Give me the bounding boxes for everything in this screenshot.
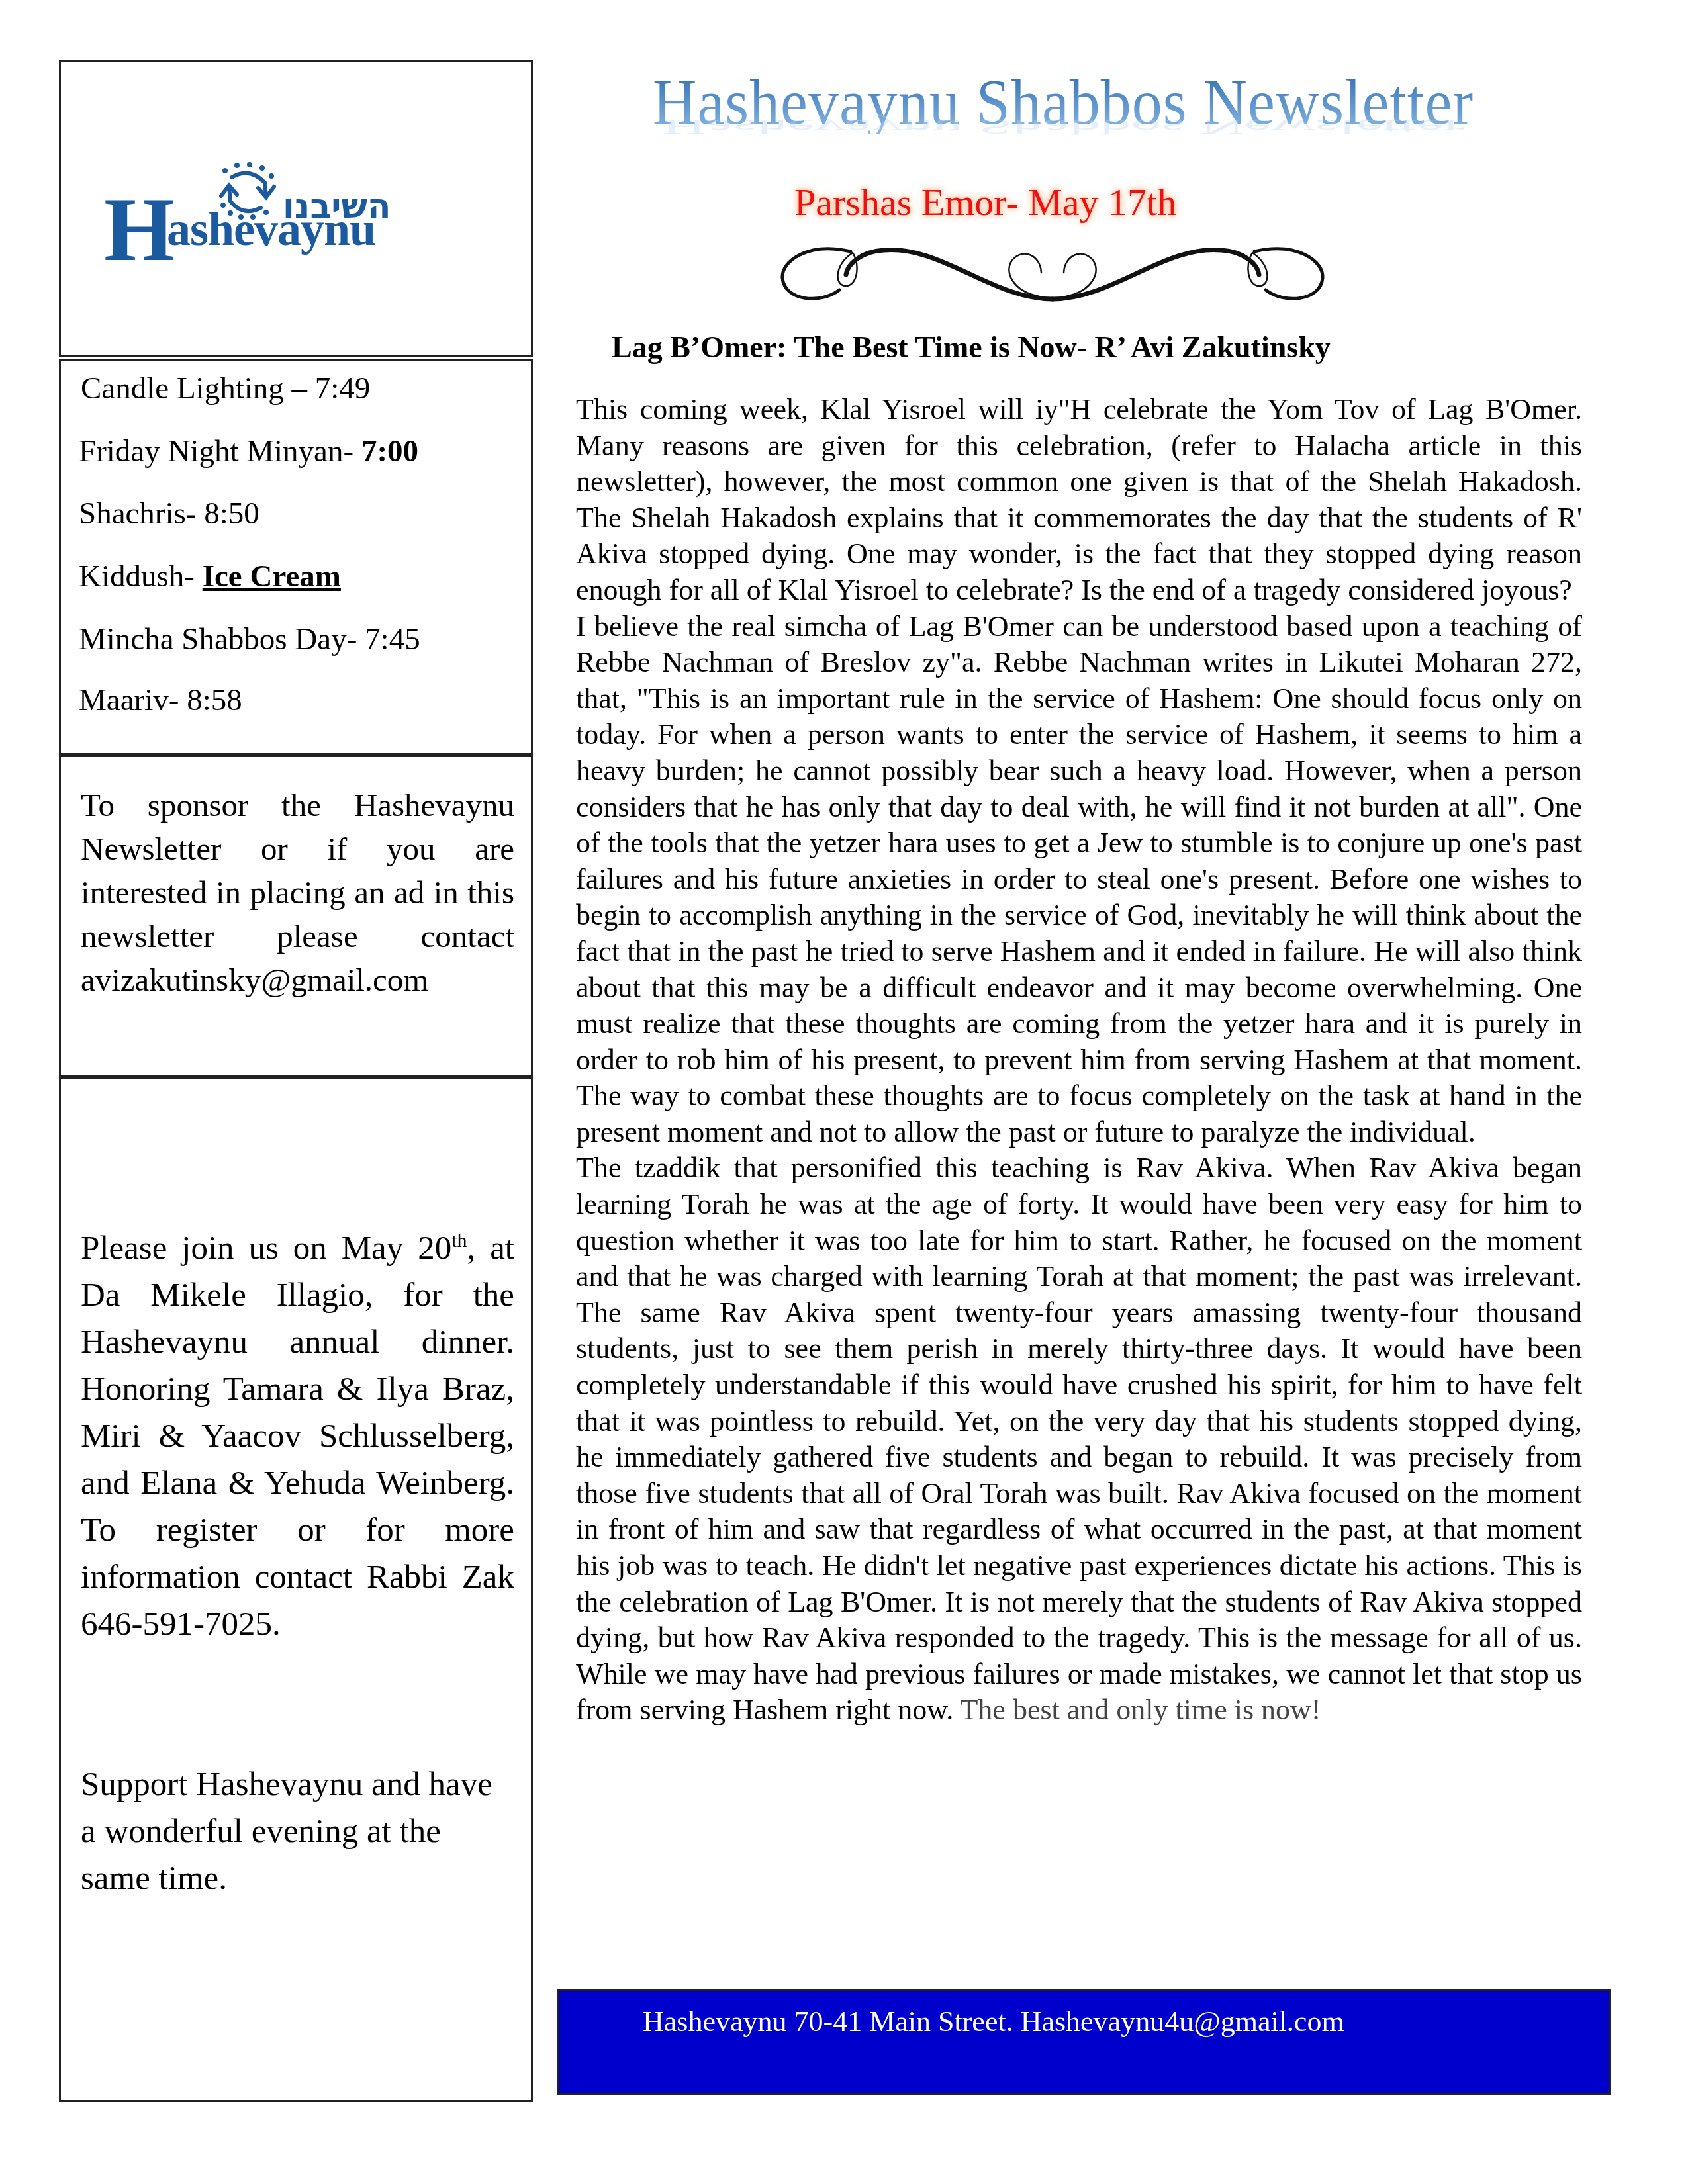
dinner-text: Please join us on May 20th, at Da Mikele… bbox=[81, 1225, 514, 1648]
schedule-candle-lighting: Candle Lighting – 7:49 bbox=[81, 372, 370, 406]
logo-english-text: ashevaynu bbox=[167, 205, 375, 253]
article-paragraph: I believe the real simcha of Lag B'Omer … bbox=[576, 609, 1582, 1151]
article-closing: The best and only time is now! bbox=[953, 1694, 1321, 1726]
article-paragraph: This coming week, Klal Yisroel will iy"H… bbox=[576, 392, 1582, 609]
schedule-box: Candle Lighting – 7:49 Friday Night Miny… bbox=[59, 359, 533, 755]
schedule-kiddush: Kiddush- Ice Cream bbox=[79, 560, 341, 594]
schedule-mincha: Mincha Shabbos Day- 7:45 bbox=[79, 623, 420, 657]
schedule-shachris: Shachris- 8:50 bbox=[79, 497, 259, 531]
hashevaynu-logo: השיבנו H ashevaynu bbox=[104, 158, 501, 263]
article-title: Lag B’Omer: The Best Time is Now- R’ Avi… bbox=[612, 330, 1331, 365]
dinner-announcement-box: Please join us on May 20th, at Da Mikele… bbox=[59, 1077, 533, 2102]
decorative-flourish-icon bbox=[768, 238, 1331, 311]
schedule-friday-minyan: Friday Night Minyan- 7:00 bbox=[79, 435, 418, 469]
article-body: This coming week, Klal Yisroel will iy"H… bbox=[576, 392, 1582, 1729]
logo-box: השיבנו H ashevaynu bbox=[59, 60, 533, 357]
footer-bar: Hashevaynu 70-41 Main Street. Hashevaynu… bbox=[557, 1989, 1611, 2095]
newsletter-title: Hashevaynu Shabbos Newsletter bbox=[580, 70, 1546, 134]
sponsor-box: To sponsor the Hashevaynu Newsletter or … bbox=[59, 755, 533, 1077]
support-text: Support Hashevaynu and have a wonderful … bbox=[81, 1761, 514, 1902]
parsha-subtitle: Parshas Emor- May 17th bbox=[794, 180, 1176, 224]
sponsor-text: To sponsor the Hashevaynu Newsletter or … bbox=[81, 784, 514, 1002]
schedule-maariv: Maariv- 8:58 bbox=[79, 684, 242, 718]
footer-contact: Hashevaynu 70-41 Main Street. Hashevaynu… bbox=[643, 2005, 1344, 2038]
logo-initial: H bbox=[104, 184, 173, 275]
article-paragraph: The tzaddik that personified this teachi… bbox=[576, 1150, 1582, 1729]
